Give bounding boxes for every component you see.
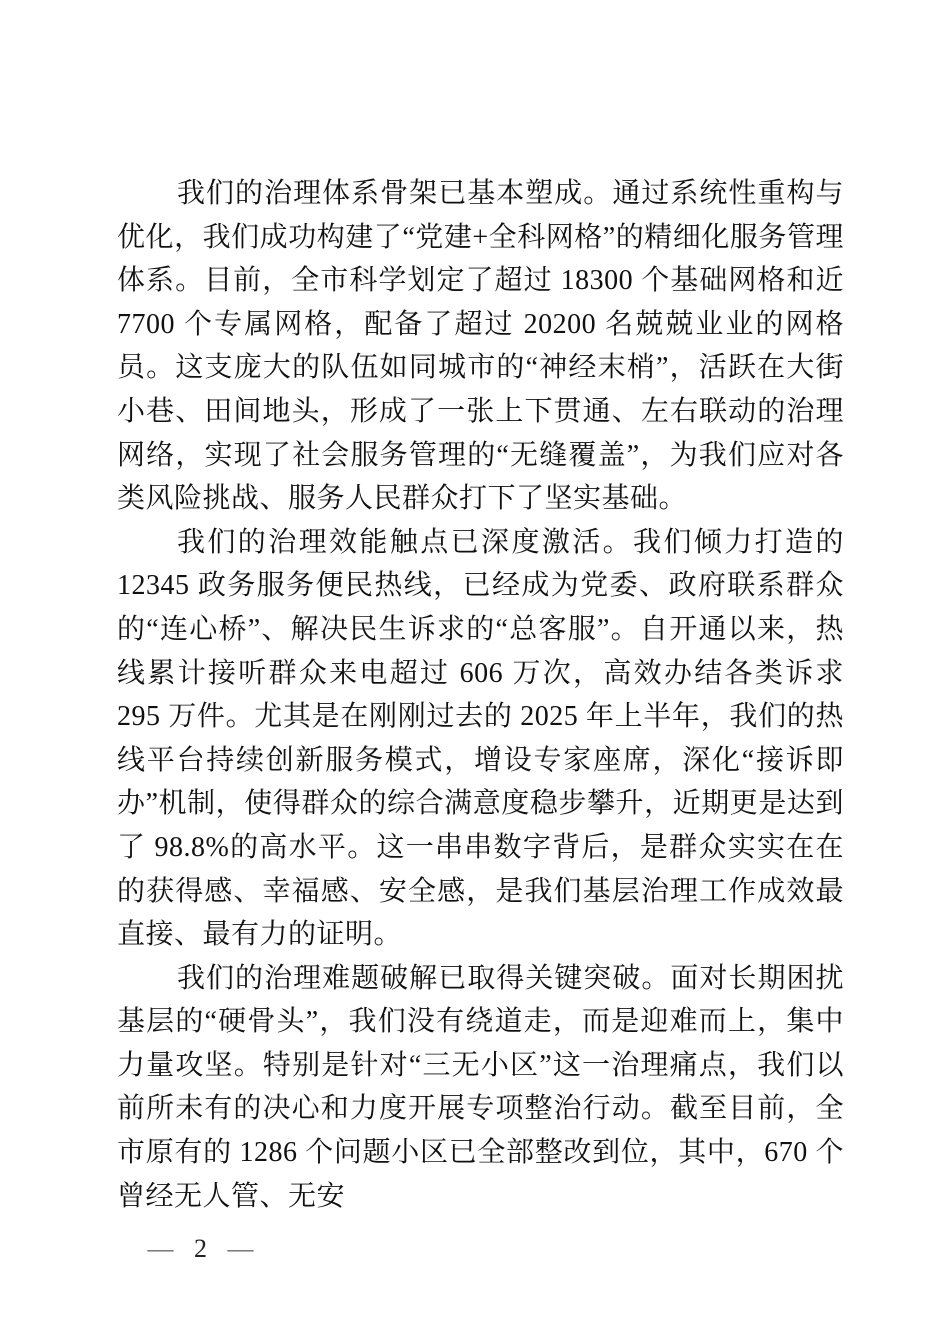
paragraph-governance-system: 我们的治理体系骨架已基本塑成。通过系统性重构与优化，我们成功构建了“党建+全科网… (117, 172, 844, 521)
page-number-right-dash: — (228, 1234, 254, 1263)
document-page: 我们的治理体系骨架已基本塑成。通过系统性重构与优化，我们成功构建了“党建+全科网… (0, 0, 950, 1344)
page-number-value: 2 (194, 1234, 207, 1263)
document-body-text: 我们的治理体系骨架已基本塑成。通过系统性重构与优化，我们成功构建了“党建+全科网… (117, 172, 844, 1218)
page-number-left-dash: — (148, 1234, 174, 1263)
paragraph-governance-effectiveness: 我们的治理效能触点已深度激活。我们倾力打造的 12345 政务服务便民热线，已经… (117, 521, 844, 957)
page-number: — 2 — (118, 1234, 283, 1264)
paragraph-governance-breakthrough: 我们的治理难题破解已取得关键突破。面对长期困扰基层的“硬骨头”，我们没有绕道走，… (117, 957, 844, 1219)
